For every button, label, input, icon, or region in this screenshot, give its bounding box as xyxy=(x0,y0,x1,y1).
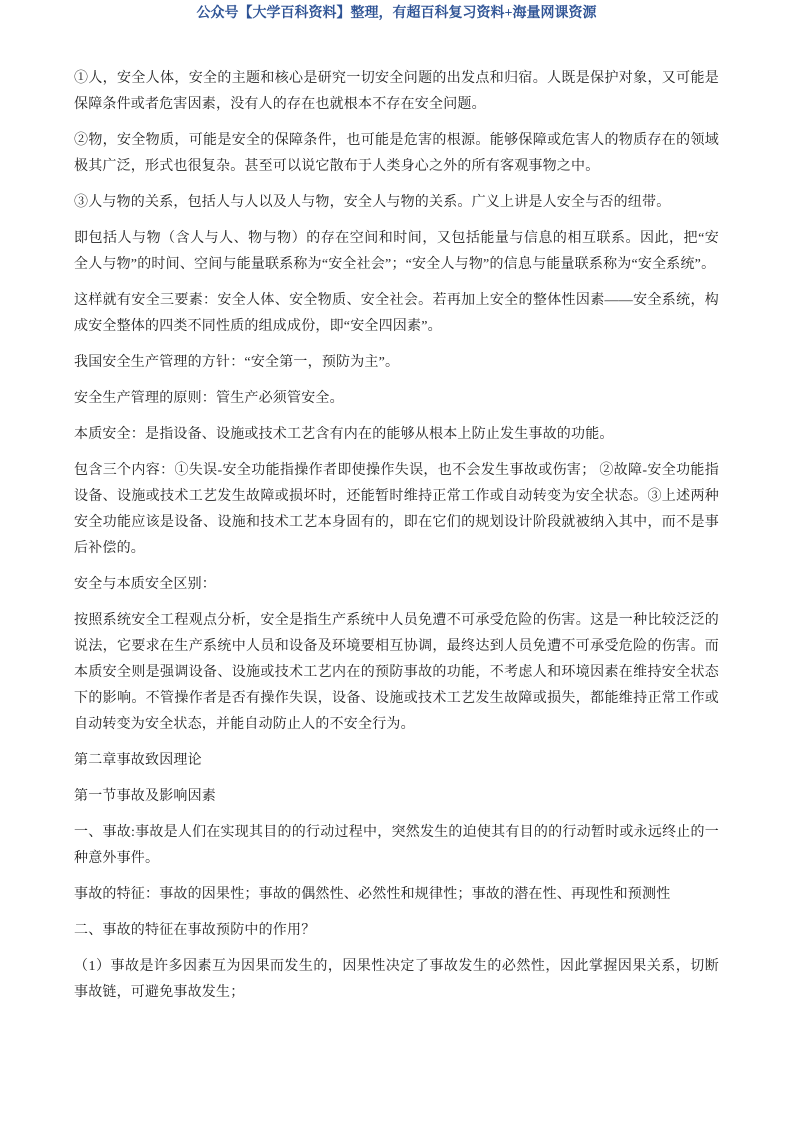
paragraph-accident-definition: 一、事故:事故是人们在实现其目的的行动过程中，突然发生的迫使其有目的的行动暂时或… xyxy=(74,820,719,872)
paragraph-three-contents: 包含三个内容：①失误-安全功能指操作者即使操作失误，也不会发生事故或伤害； ②故… xyxy=(74,458,719,562)
section-1-title: 第一节事故及影响因素 xyxy=(74,784,719,810)
paragraph-item-2-material: ②物，安全物质，可能是安全的保障条件，也可能是危害的根源。能够保障或危害人的物质… xyxy=(74,128,719,180)
paragraph-three-elements: 这样就有安全三要素：安全人体、安全物质、安全社会。若再加上安全的整体性因素——安… xyxy=(74,288,719,340)
paragraph-answer-1: （1）事故是许多因素互为因果而发生的，因果性决定了事故发生的必然性，因此掌握因果… xyxy=(74,954,719,1006)
document-page: 公众号【大学百科资料】整理，有超百科复习资料+海量网课资源 ①人，安全人体，安全… xyxy=(0,0,793,1122)
paragraph-relation-detail: 即包括人与物（含人与人、物与物）的存在空间和时间，又包括能量与信息的相互联系。因… xyxy=(74,226,719,278)
paragraph-accident-features: 事故的特征：事故的因果性；事故的偶然性、必然性和规律性；事故的潜在性、再现性和预… xyxy=(74,882,719,908)
paragraph-item-3-relation: ③人与物的关系，包括人与人以及人与物，安全人与物的关系。广义上讲是人安全与否的纽… xyxy=(74,190,719,216)
document-body: ①人，安全人体，安全的主题和核心是研究一切安全问题的出发点和归宿。人既是保护对象… xyxy=(0,66,793,1006)
paragraph-question-2: 二、事故的特征在事故预防中的作用？ xyxy=(74,918,719,944)
page-header-title: 公众号【大学百科资料】整理，有超百科复习资料+海量网课资源 xyxy=(0,0,793,24)
paragraph-item-1-people: ①人，安全人体，安全的主题和核心是研究一切安全问题的出发点和归宿。人既是保护对象… xyxy=(74,66,719,118)
chapter-2-title: 第二章事故致因理论 xyxy=(74,748,719,774)
paragraph-difference-detail: 按照系统安全工程观点分析，安全是指生产系统中人员免遭不可承受危险的伤害。这是一种… xyxy=(74,608,719,738)
paragraph-intrinsic-safety: 本质安全：是指设备、设施或技术工艺含有内在的能够从根本上防止发生事故的功能。 xyxy=(74,422,719,448)
paragraph-principle: 安全生产管理的原则：管生产必须管安全。 xyxy=(74,386,719,412)
paragraph-policy: 我国安全生产管理的方针：“安全第一，预防为主”。 xyxy=(74,350,719,376)
paragraph-difference-heading: 安全与本质安全区别： xyxy=(74,572,719,598)
